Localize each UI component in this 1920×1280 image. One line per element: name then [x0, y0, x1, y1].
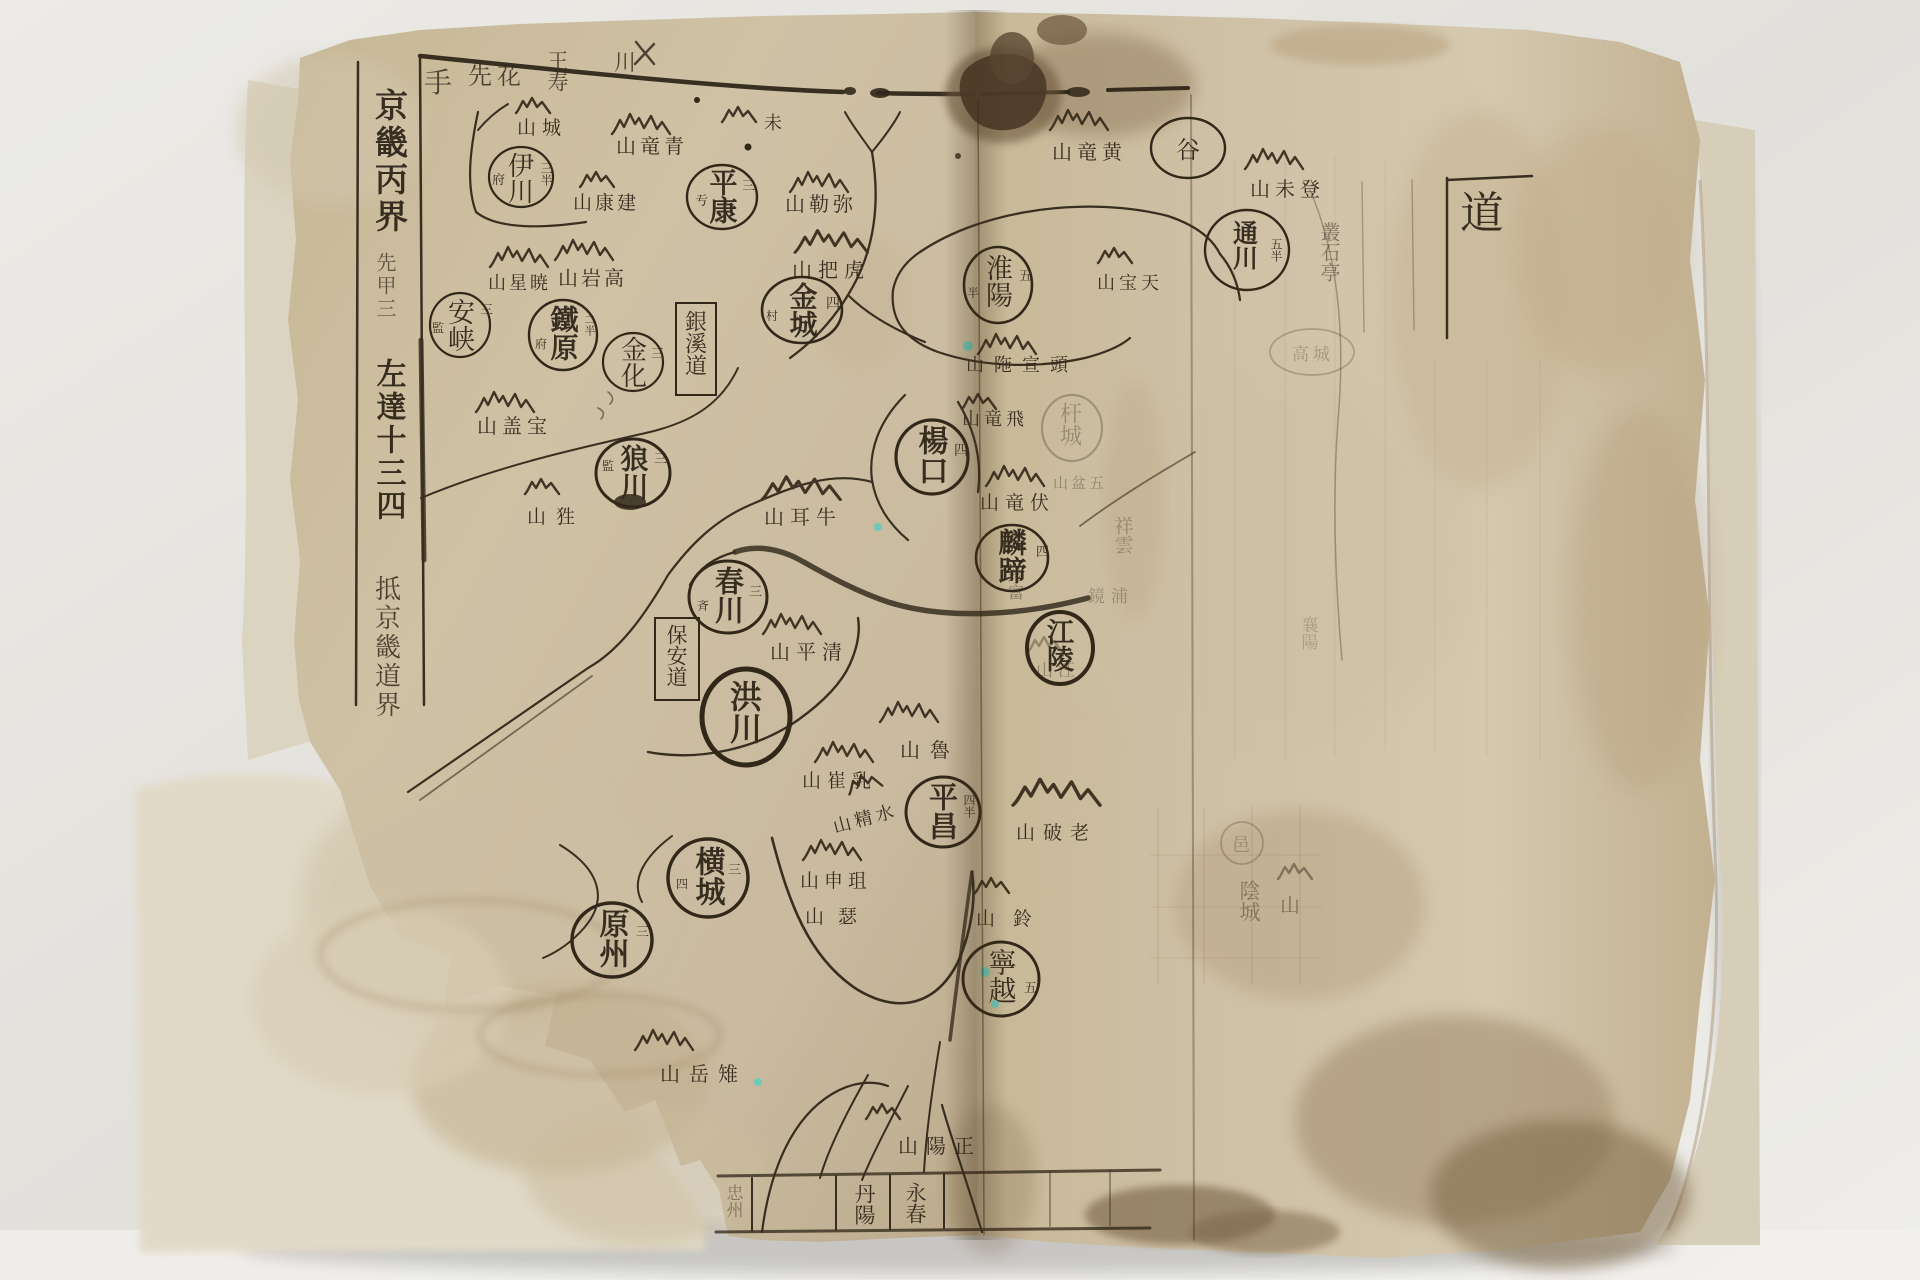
faint-label: 山 [1280, 894, 1300, 917]
town-annot: 五 [1019, 268, 1032, 283]
town-name: 金化 [618, 336, 647, 388]
mountain-label: 山瑟 [805, 906, 871, 928]
mountain-label: 山耳牛 [764, 506, 842, 529]
strip-name: 永春 [903, 1182, 927, 1224]
faint-label: 高城 [1292, 345, 1334, 364]
ink-dot [745, 144, 752, 151]
mountain-label: 山狌 [527, 506, 585, 528]
margin-run: 先甲三 [373, 252, 396, 321]
cursive-note: 先花 [468, 63, 526, 90]
margin-run: 抵京畿道界 [372, 575, 401, 720]
town-name: 伊川 [505, 152, 534, 204]
mountain-label: 山竜青 [616, 135, 688, 158]
town-annot: 監 [432, 320, 444, 335]
town-annot: 三 [654, 451, 667, 466]
town-name: 春川 [711, 566, 744, 624]
teal-speck [874, 523, 882, 531]
station-label: 保安道 [664, 624, 688, 687]
faint-label: 叢石亭 [1317, 222, 1340, 282]
ink-blot [614, 494, 646, 510]
mountain-label: 未 [764, 113, 782, 133]
town-annot: 三 [728, 862, 741, 877]
margin-run: 京畿丙界 [370, 88, 408, 236]
mountain-label: 山岩高 [558, 267, 627, 290]
faint-label: 山汪 [1036, 661, 1080, 680]
faint-label: 襄陽 [1299, 616, 1319, 651]
town-annot: 四 [826, 296, 840, 312]
town-name: 通川 [1230, 220, 1259, 271]
province-char: 道 [1460, 189, 1504, 238]
faint-label: 杆城 [1058, 402, 1083, 446]
town-icheon: 伊川 府 三半 [489, 147, 553, 207]
cursive-note: 手 [424, 67, 452, 99]
cursive-note: 川 [614, 50, 636, 75]
strip-name: 忠州 [724, 1184, 744, 1218]
ink-dot [694, 97, 700, 103]
town-annot: 三 [480, 302, 493, 317]
town-name: 谷 [1176, 137, 1200, 164]
town-annot: 府 [492, 172, 505, 187]
mountain-label: 山未登 [1250, 178, 1325, 201]
town-name: 楊口 [914, 425, 949, 485]
town-annot: 村 [766, 308, 778, 323]
faint-label: 鏡浦 [1088, 587, 1134, 606]
map-photo-canvas: 山城 山竜青 山康建 未 山勒弥 山把虎 山星暁 山岩高 山盖宝 山狌 山耳牛 … [0, 0, 1920, 1280]
town-name: 安峡 [444, 298, 474, 352]
town-annot: 四 [676, 877, 688, 891]
town-annot: 二半 [583, 314, 596, 336]
town-annot: 三 [636, 924, 649, 939]
ink-smear [844, 87, 856, 95]
mountain-label: 山盖宝 [477, 415, 552, 438]
photo-antique-map-book: 山城 山竜青 山康建 未 山勒弥 山把虎 山星暁 山岩高 山盖宝 山狌 山耳牛 … [0, 0, 1920, 1280]
town-annot: 五半 [1269, 238, 1283, 262]
town-name: 狼川 [617, 443, 649, 500]
town-name: 原州 [595, 908, 630, 968]
faint-label: 陰城 [1237, 880, 1261, 922]
town-geumseong: 金城 村 四 [762, 277, 842, 343]
mountain-label: 山城 [517, 117, 567, 139]
top-border-right2 [1108, 88, 1188, 90]
cursive-note: 王寿 [545, 50, 569, 92]
mountain-label: 山平清 [770, 641, 848, 664]
town-annot: 府 [535, 337, 547, 351]
mountain-label: 山破老 [1016, 822, 1097, 844]
margin-run: 左達十三四 [372, 358, 407, 523]
ink-smear [1066, 87, 1090, 97]
gutter-shadow [945, 10, 1007, 1240]
town-annot: 監 [602, 458, 614, 473]
town-name: 平康 [706, 168, 738, 225]
town-name: 横城 [691, 846, 726, 906]
town-annot: 三 [651, 346, 664, 361]
faint-label: 山盆五 [1053, 475, 1107, 492]
town-annot: 三 [749, 584, 762, 599]
town-annot: 五 [1024, 980, 1037, 995]
mountain-label: 山星暁 [488, 273, 551, 293]
town-name: 鐵原 [547, 305, 580, 361]
mountain-label: 山竜黄 [1052, 141, 1127, 164]
mountain-label: 山宝天 [1097, 273, 1163, 293]
town-annot: 亐 [695, 193, 708, 208]
town-annot: 斉 [697, 599, 709, 613]
faint-label: 珍富 [1006, 568, 1024, 600]
town-name: 金城 [786, 281, 818, 339]
mountain-label: 山崔乳 [802, 770, 877, 792]
ink-smear [870, 88, 890, 98]
mountain-label: 山岳雉 [660, 1063, 747, 1086]
town-name: 洪川 [726, 680, 762, 744]
town-annot: 三半 [539, 162, 553, 186]
station-label: 銀溪道 [683, 310, 708, 376]
town-annot: 三 [742, 178, 755, 193]
faint-label: 祥雲 [1112, 516, 1134, 555]
town-annot: 四 [1036, 544, 1049, 559]
mountain-label: 山把虎 [792, 259, 870, 282]
mountain-label: 山康建 [573, 192, 639, 214]
faint-label: 邑 [1232, 835, 1250, 855]
teal-speck [754, 1078, 762, 1086]
mountain-label: 山勒弥 [785, 193, 857, 216]
margin-line-bold [421, 340, 424, 560]
mountain-label: 山申珇 [800, 870, 872, 892]
strip-name: 丹陽 [852, 1183, 876, 1225]
